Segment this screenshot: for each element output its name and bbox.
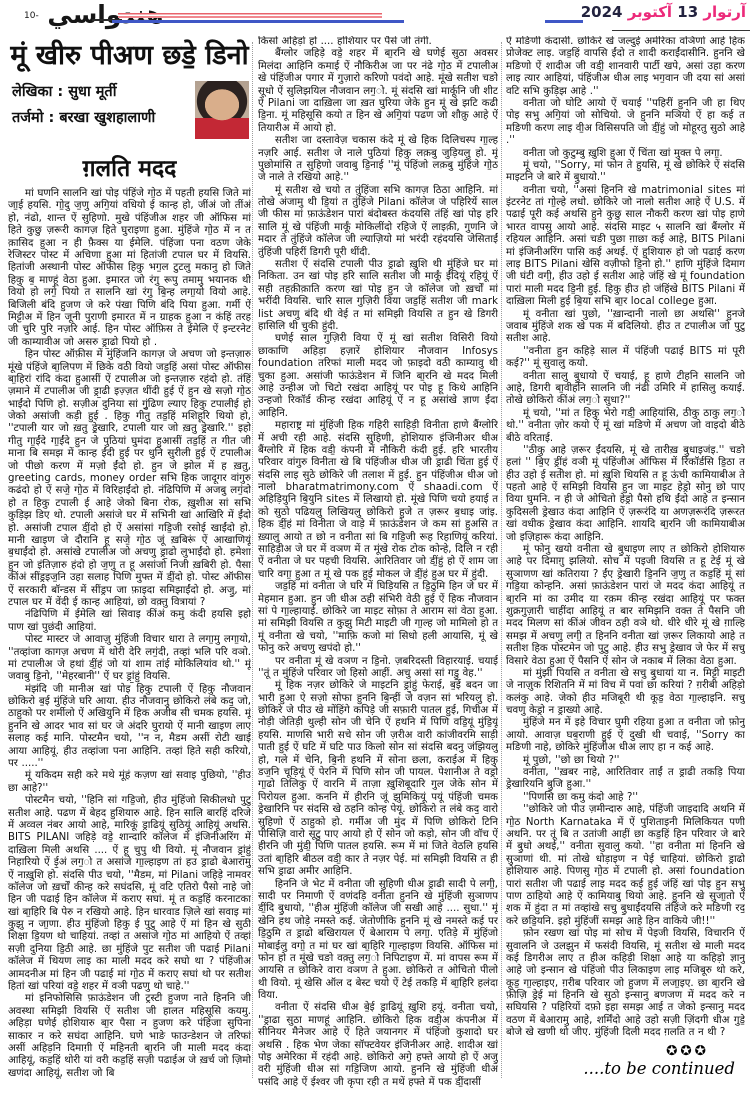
paragraph: बैंग्लोर जहिड़े वडे॒ शहर में बा॒रनि खे घ…: [258, 48, 498, 135]
paragraph: वनीता चयो, ''असां हिननि खे matrimonial s…: [506, 185, 745, 309]
paragraph: नंढिपिणि में ईमेलि खां सिवाइ कींअं कमु क…: [8, 609, 251, 634]
headline-block: मूं खीरु पीअण छडे॒ डिनो लेखिका : सुधा मू…: [8, 40, 251, 183]
paragraph: किसो अहिड़ो हो .... होशियार पर पैसे जी त…: [258, 36, 498, 48]
paragraph: वनीता ऐं संदसि धीअ बे॒ई ड्राढियूं ख़ुशि …: [258, 1002, 498, 1089]
paragraph: मूं हिक नज़र छोकिरे जे माइटनि ड्रां॒हुं …: [258, 680, 498, 878]
paragraph: पर वनीता मूं खे वञण न डि॒नो. ज़बरिदस्ती …: [258, 656, 498, 681]
paragraph: हिन पोस्ट ऑफ़ीस में मुंहिंजनि कागज़ जे अ…: [8, 349, 251, 609]
paragraph: वनीता जो घोटि आयो ऐं चयाई ''पहिरीं हुननि…: [506, 98, 745, 148]
newspaper-page: هندواسي -10 آرتوار 13 آكتوبر 2024 मूं खी…: [0, 0, 750, 1109]
column-1-text: मां घणनि सालनि खां पोइ पंहिंजे गो॒ठ में …: [8, 188, 251, 1080]
paragraph: मां इनिफोसिसि फ़ाऊंडेशन जी ट्रस्टी हुजण …: [8, 993, 251, 1080]
paragraph: मूं चयो, ''Sorry, मां फोन ते हुयसि, मूं …: [506, 160, 745, 185]
paragraph: मां मुंझी पियसि त वनीता खे सचु बु॒धायां …: [506, 668, 745, 718]
column-separator-1: [252, 42, 253, 1078]
paragraph: वनीता सालु बु॒धायो ऐं चयाई, हू हाणे टीहन…: [506, 371, 745, 408]
author-line: लेखिका : सुधा मूर्ती: [12, 79, 191, 105]
article-title: मूं खीरु पीअण छडे॒ डिनो: [8, 40, 251, 71]
column-separator-2: [501, 42, 502, 1078]
column-3: ऐं मङिणी कंदासीं. छोकिरे खे जल्दुई अमेरि…: [506, 36, 745, 1102]
paragraph: मुंहिंजे मन में इहे विचार घुमी रहिया हुआ…: [506, 717, 745, 754]
paragraph: ऐं मङिणी कंदासीं. छोकिरे खे जल्दुई अमेरि…: [506, 36, 745, 98]
paragraph: मूं चयो, ''मां त हिकु भेरो गडी॒ आहियांसि…: [506, 408, 745, 445]
to-be-continued: ....to be continued: [506, 1059, 735, 1078]
date-weekday: آرتوار: [703, 3, 746, 21]
paragraph: ''ठीकु आहे ज़रूर ईंदयसि, मूं खे तारीख़ ब…: [506, 445, 745, 544]
end-marks: ✪✪✪: [506, 1043, 735, 1059]
column-2: किसो अहिड़ो हो .... होशियार पर पैसे जी त…: [258, 36, 498, 1102]
paragraph: मूं फोनु खयो वनीता खे बु॒धाइण लाए त छोकि…: [506, 544, 745, 668]
translator-line: तर्जमो : बरखा खुशहालाणी: [12, 105, 191, 131]
column-1: मूं खीरु पीअण छडे॒ डिनो लेखिका : सुधा मू…: [8, 36, 251, 1102]
paragraph: वनीता जो कुटुम्बु ख़ुशि हुआ ऐं चिंता खां…: [506, 148, 745, 160]
section-heading: ग़लति मदद: [8, 151, 251, 183]
header-rule-red: [118, 13, 382, 18]
paragraph: पोस्टमैन चयो, ''हिनि सां गडि॒जो, हीउ मुं…: [8, 795, 251, 993]
paragraph: मंझंदि जी मानीअ खां पोइ हिकु टपाली ऐं हि…: [8, 684, 251, 771]
column-2-text: किसो अहिड़ो हो .... होशियार पर पैसे जी त…: [258, 36, 498, 1089]
date-year: 2024: [581, 3, 623, 21]
paragraph: मूं यकिदम सही करे मथे मूंहं कज़ण खां सवा…: [8, 770, 251, 795]
paragraph: मूं पुछो, ''छो छा थियो ?'': [506, 755, 745, 767]
paragraph: मूं वनीता खां पुछो, ''ख़ान्दानी नालो छा …: [506, 309, 745, 346]
paragraph: घणेई साल गुज़िरी विया ऐं मूं खां सतीश वि…: [258, 333, 498, 420]
paragraph: महाराष्ट्र मां मुंहिंजी हिक गहिरी साहिड़…: [258, 420, 498, 581]
paragraph: मां घणनि सालनि खां पोइ पंहिंजे गो॒ठ में …: [8, 188, 251, 349]
paragraph: वनीता, ''ख़बर नाहे, आरितिवार ताईं त ड्रा…: [506, 767, 745, 792]
bylines: लेखिका : सुधा मूर्ती तर्जमो : बरखा खुशहा…: [8, 79, 191, 131]
paragraph: जड॒हिं मां वनीता जे घरि में घिड़ियसि त ड…: [258, 581, 498, 655]
paragraph: हिननि जे भेट में वनीता जी सुहिणी धीअ ड्र…: [258, 879, 498, 1003]
paragraph: सतीश जा दस्तावेज़ चकास कंदे मूं खे हिक द…: [258, 135, 498, 185]
column-3-text: ऐं मङिणी कंदासीं. छोकिरे खे जल्दुई अमेरि…: [506, 36, 745, 1040]
date-line: آرتوار 13 آكتوبر 2024: [581, 3, 746, 21]
paragraph: मूं सतीश खे चयो त तुंहिंजा सभि कागज़ ठिठ…: [258, 185, 498, 259]
page-number: -10: [24, 11, 39, 21]
paragraph: ''वनीता हुन कहिड़े साल में पंहिंजी पढाई …: [506, 346, 745, 371]
date-month: آكتوبر: [628, 3, 672, 21]
paragraph: ''पिणसि छा कमु कंदो आहे ?'': [506, 792, 745, 804]
byline-row: लेखिका : सुधा मूर्ती तर्जमो : बरखा खुशहा…: [8, 79, 251, 139]
paragraph: ''छोकिरे जो पीउ ज़मीन्दारु आहे, पंहिंजी …: [506, 804, 745, 928]
header-rule-blue-short: [545, 20, 583, 23]
author-photo: [195, 81, 249, 139]
date-day: 13: [677, 3, 698, 21]
date-underline-rule: [612, 30, 750, 31]
article-footer: ✪✪✪ ....to be continued: [506, 1043, 745, 1078]
paragraph: फ़ोन रखण खां पोइ मां सोच में पेइजी वियसि…: [506, 928, 745, 1040]
paragraph: सतीश ऐं संदसि टपाली पीउ ड्राढो ख़ुशि थी …: [258, 259, 498, 333]
paragraph: पोस्ट मास्टर जे आवाज़ु मुंहिंजी विचार धा…: [8, 634, 251, 684]
header-rule-blue: [112, 20, 404, 23]
